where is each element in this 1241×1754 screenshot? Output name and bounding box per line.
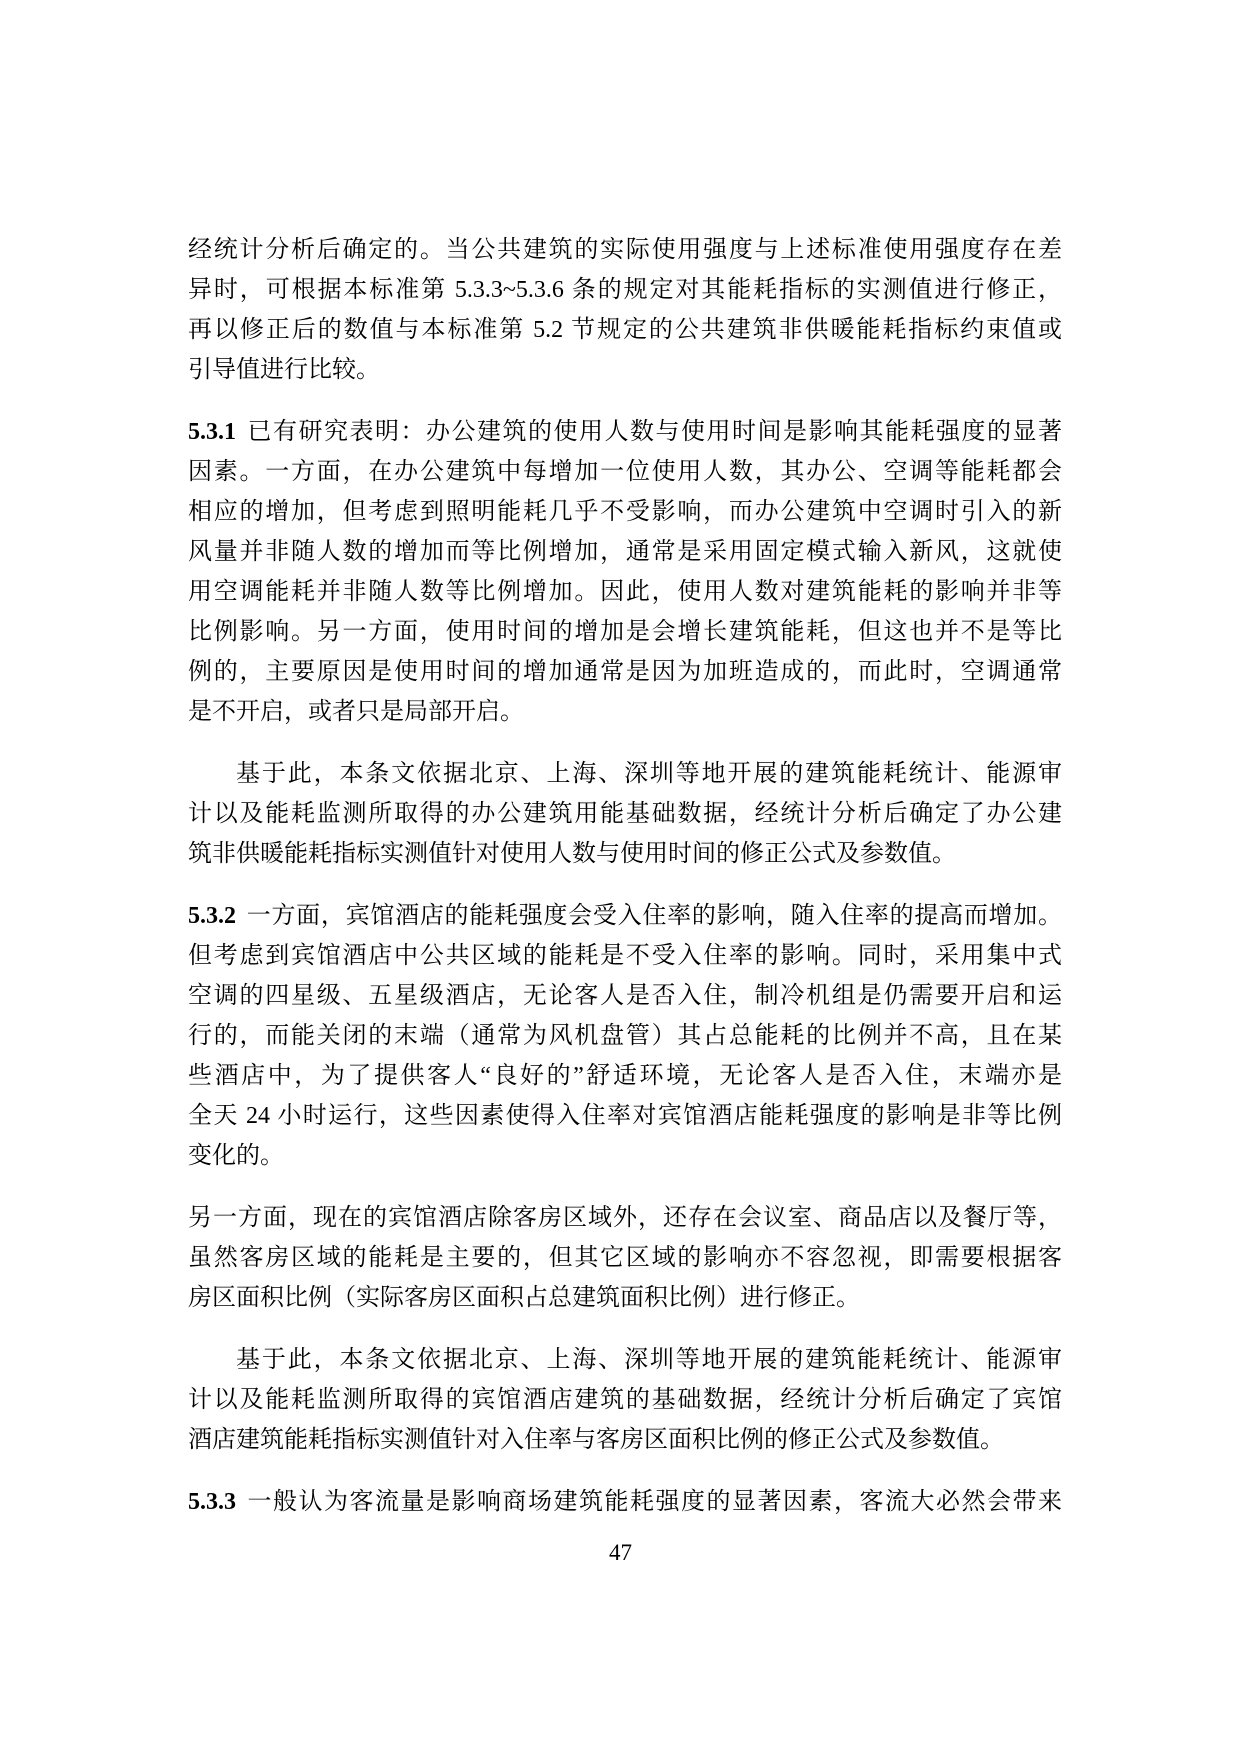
paragraph-line: 计以及能耗监测所取得的办公建筑用能基础数据，经统计分析后确定了办公建 bbox=[188, 794, 1062, 834]
paragraph-text: 一方面，宾馆酒店的能耗强度会受入住率的影响，随入住率的提高而增加。 bbox=[246, 903, 1062, 929]
page-number: 47 bbox=[0, 1538, 1241, 1568]
section-number: 5.3.3 bbox=[188, 1489, 246, 1515]
paragraph-line: 变化的。 bbox=[188, 1136, 1062, 1176]
paragraph-text: 已有研究表明：办公建筑的使用人数与使用时间是影响其能耗强度的显著 bbox=[246, 419, 1062, 445]
paragraph-line: 些酒店中，为了提供客人“良好的”舒适环境，无论客人是否入住，末端亦是 bbox=[188, 1056, 1062, 1096]
paragraph-line: 基于此，本条文依据北京、上海、深圳等地开展的建筑能耗统计、能源审 bbox=[188, 754, 1062, 794]
section-5-3-1-paragraph: 5.3.1已有研究表明：办公建筑的使用人数与使用时间是影响其能耗强度的显著 因素… bbox=[188, 412, 1062, 732]
paragraph-line: 引导值进行比较。 bbox=[188, 350, 1062, 390]
paragraph-line: 因素。一方面，在办公建筑中每增加一位使用人数，其办公、空调等能耗都会 bbox=[188, 452, 1062, 492]
paragraph-text: 一般认为客流量是影响商场建筑能耗强度的显著因素，客流大必然会带来 bbox=[246, 1489, 1062, 1515]
paragraph-line: 酒店建筑能耗指标实测值针对入住率与客房区面积比例的修正公式及参数值。 bbox=[188, 1420, 1062, 1460]
paragraph-line: 是不开启，或者只是局部开启。 bbox=[188, 692, 1062, 732]
section-number: 5.3.1 bbox=[188, 419, 246, 445]
paragraph-line: 5.3.1已有研究表明：办公建筑的使用人数与使用时间是影响其能耗强度的显著 bbox=[188, 412, 1062, 452]
paragraph-line: 经统计分析后确定的。当公共建筑的实际使用强度与上述标准使用强度存在差 bbox=[188, 230, 1062, 270]
indented-paragraph-hotel-basis: 基于此，本条文依据北京、上海、深圳等地开展的建筑能耗统计、能源审 计以及能耗监测… bbox=[188, 1340, 1062, 1460]
paragraph-line: 再以修正后的数值与本标准第 5.2 节规定的公共建筑非供暖能耗指标约束值或 bbox=[188, 310, 1062, 350]
paragraph-line: 虽然客房区域的能耗是主要的，但其它区域的影响亦不容忽视，即需要根据客 bbox=[188, 1238, 1062, 1278]
paragraph-line: 用空调能耗并非随人数等比例增加。因此，使用人数对建筑能耗的影响并非等 bbox=[188, 572, 1062, 612]
paragraph-line: 空调的四星级、五星级酒店，无论客人是否入住，制冷机组是仍需要开启和运 bbox=[188, 976, 1062, 1016]
section-5-3-2-paragraph: 5.3.2一方面，宾馆酒店的能耗强度会受入住率的影响，随入住率的提高而增加。 但… bbox=[188, 896, 1062, 1176]
paragraph-line: 全天 24 小时运行，这些因素使得入住率对宾馆酒店能耗强度的影响是非等比例 bbox=[188, 1096, 1062, 1136]
paragraph-line: 但考虑到宾馆酒店中公共区域的能耗是不受入住率的影响。同时，采用集中式 bbox=[188, 936, 1062, 976]
section-5-3-3-paragraph: 5.3.3一般认为客流量是影响商场建筑能耗强度的显著因素，客流大必然会带来 bbox=[188, 1482, 1062, 1522]
paragraph-line: 比例影响。另一方面，使用时间的增加是会增长建筑能耗，但这也并不是等比 bbox=[188, 612, 1062, 652]
section-number: 5.3.2 bbox=[188, 903, 246, 929]
paragraph-line: 基于此，本条文依据北京、上海、深圳等地开展的建筑能耗统计、能源审 bbox=[188, 1340, 1062, 1380]
paragraph-line: 5.3.3一般认为客流量是影响商场建筑能耗强度的显著因素，客流大必然会带来 bbox=[188, 1482, 1062, 1522]
text-block: 经统计分析后确定的。当公共建筑的实际使用强度与上述标准使用强度存在差 异时，可根… bbox=[188, 230, 1062, 1522]
paragraph-line: 相应的增加，但考虑到照明能耗几乎不受影响，而办公建筑中空调时引入的新 bbox=[188, 492, 1062, 532]
document-page: 经统计分析后确定的。当公共建筑的实际使用强度与上述标准使用强度存在差 异时，可根… bbox=[0, 0, 1241, 1754]
paragraph-line: 风量并非随人数的增加而等比例增加，通常是采用固定模式输入新风，这就使 bbox=[188, 532, 1062, 572]
paragraph-hotel-other-areas: 另一方面，现在的宾馆酒店除客房区域外，还存在会议室、商品店以及餐厅等， 虽然客房… bbox=[188, 1198, 1062, 1318]
paragraph-line: 例的，主要原因是使用时间的增加通常是因为加班造成的，而此时，空调通常 bbox=[188, 652, 1062, 692]
paragraph-line: 5.3.2一方面，宾馆酒店的能耗强度会受入住率的影响，随入住率的提高而增加。 bbox=[188, 896, 1062, 936]
indented-paragraph-office-basis: 基于此，本条文依据北京、上海、深圳等地开展的建筑能耗统计、能源审 计以及能耗监测… bbox=[188, 754, 1062, 874]
paragraph-intro-continuation: 经统计分析后确定的。当公共建筑的实际使用强度与上述标准使用强度存在差 异时，可根… bbox=[188, 230, 1062, 390]
paragraph-line: 行的，而能关闭的末端（通常为风机盘管）其占总能耗的比例并不高，且在某 bbox=[188, 1016, 1062, 1056]
paragraph-line: 异时，可根据本标准第 5.3.3~5.3.6 条的规定对其能耗指标的实测值进行修… bbox=[188, 270, 1062, 310]
paragraph-line: 另一方面，现在的宾馆酒店除客房区域外，还存在会议室、商品店以及餐厅等， bbox=[188, 1198, 1062, 1238]
paragraph-line: 计以及能耗监测所取得的宾馆酒店建筑的基础数据，经统计分析后确定了宾馆 bbox=[188, 1380, 1062, 1420]
paragraph-line: 筑非供暖能耗指标实测值针对使用人数与使用时间的修正公式及参数值。 bbox=[188, 834, 1062, 874]
paragraph-line: 房区面积比例（实际客房区面积占总建筑面积比例）进行修正。 bbox=[188, 1278, 1062, 1318]
